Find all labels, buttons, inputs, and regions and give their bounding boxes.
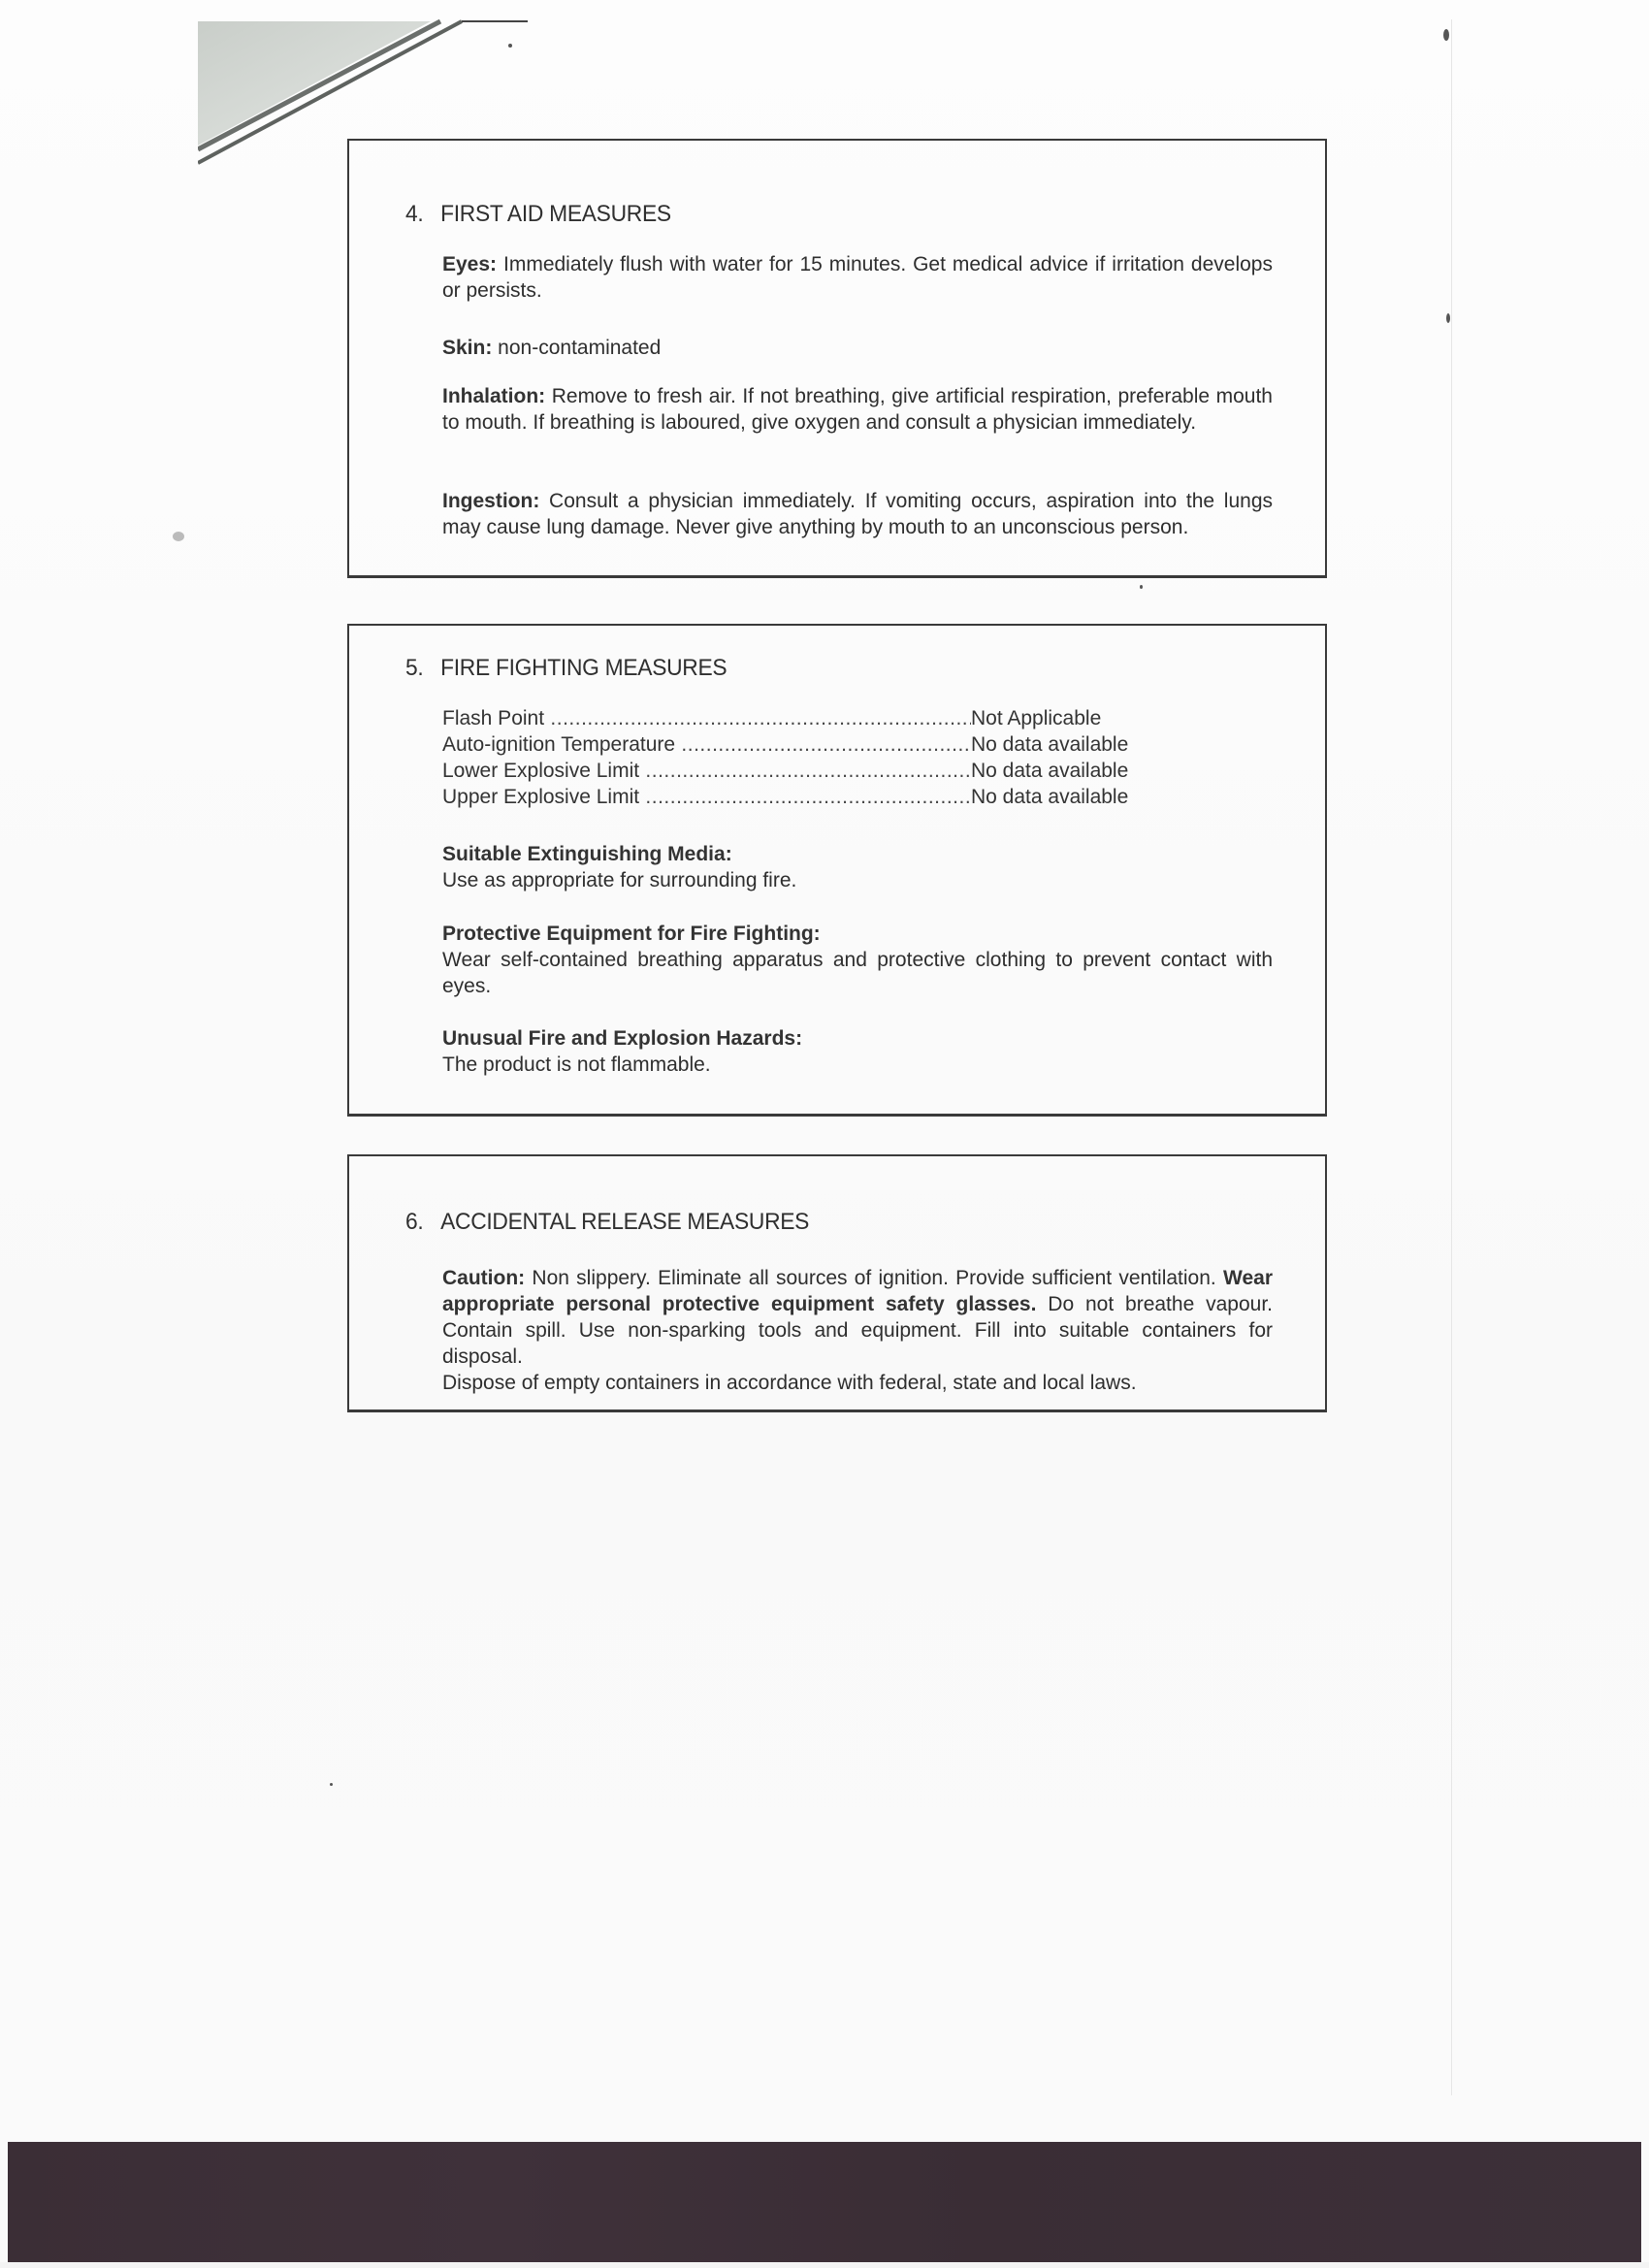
- scan-speck: [330, 1783, 333, 1786]
- inhalation-label: Inhalation:: [442, 385, 545, 407]
- section-number: 6.: [405, 1209, 440, 1236]
- property-row: Upper Explosive Limit No data available: [442, 784, 1160, 810]
- protective-equipment-text: Wear self-contained breathing apparatus …: [442, 949, 1273, 997]
- caution-paragraph: Caution: Non slippery. Eliminate all sou…: [442, 1265, 1273, 1396]
- property-value: Not Applicable: [971, 705, 1101, 731]
- property-row: Lower Explosive Limit No data available: [442, 758, 1160, 784]
- ingestion-label: Ingestion:: [442, 490, 539, 512]
- skin-text: non-contaminated: [492, 337, 661, 359]
- unusual-hazards: Unusual Fire and Explosion Hazards: The …: [442, 1025, 1273, 1078]
- inhalation-text: Remove to fresh air. If not breathing, g…: [442, 385, 1273, 434]
- eyes-label: Eyes:: [442, 253, 497, 275]
- property-name: Lower Explosive Limit: [442, 758, 971, 784]
- property-row: Auto-ignition Temperature No data availa…: [442, 731, 1160, 758]
- extinguishing-media-text: Use as appropriate for surrounding fire.: [442, 869, 796, 891]
- section-title: FIRE FIGHTING MEASURES: [440, 655, 727, 681]
- section-title: ACCIDENTAL RELEASE MEASURES: [440, 1209, 809, 1235]
- section-heading: 4.FIRST AID MEASURES: [405, 201, 671, 228]
- scan-speck: [508, 44, 512, 48]
- property-value: No data available: [971, 731, 1128, 758]
- section-title: FIRST AID MEASURES: [440, 201, 671, 227]
- property-name: Upper Explosive Limit: [442, 784, 971, 810]
- scanner-bottom-band: [8, 2142, 1641, 2262]
- scan-speck: [1140, 585, 1143, 589]
- section-heading: 5.FIRE FIGHTING MEASURES: [405, 655, 727, 682]
- extinguishing-media: Suitable Extinguishing Media: Use as app…: [442, 841, 1273, 893]
- fire-properties-list: Flash Point Not Applicable Auto-ignition…: [442, 705, 1160, 810]
- section-heading: 6.ACCIDENTAL RELEASE MEASURES: [405, 1209, 809, 1236]
- property-row: Flash Point Not Applicable: [442, 705, 1160, 731]
- section-number: 5.: [405, 655, 440, 682]
- scan-speck: [1446, 313, 1450, 323]
- property-value: No data available: [971, 784, 1128, 810]
- protective-equipment: Protective Equipment for Fire Fighting: …: [442, 921, 1273, 999]
- scan-speck: [173, 532, 184, 541]
- scan-speck: [1443, 29, 1449, 41]
- eyes-paragraph: Eyes: Immediately flush with water for 1…: [442, 251, 1273, 304]
- protective-equipment-label: Protective Equipment for Fire Fighting:: [442, 921, 1273, 947]
- section-first-aid: 4.FIRST AID MEASURES Eyes: Immediately f…: [347, 139, 1327, 578]
- disposal-text: Dispose of empty containers in accordanc…: [442, 1370, 1273, 1396]
- property-value: No data available: [971, 758, 1128, 784]
- caution-text-part1: Non slippery. Eliminate all sources of i…: [525, 1267, 1223, 1289]
- section-accidental-release: 6.ACCIDENTAL RELEASE MEASURES Caution: N…: [347, 1154, 1327, 1412]
- property-name: Auto-ignition Temperature: [442, 731, 971, 758]
- scanned-page: 4.FIRST AID MEASURES Eyes: Immediately f…: [0, 0, 1649, 2268]
- ingestion-paragraph: Ingestion: Consult a physician immediate…: [442, 488, 1273, 540]
- section-fire-fighting: 5.FIRE FIGHTING MEASURES Flash Point Not…: [347, 624, 1327, 1117]
- skin-label: Skin:: [442, 337, 492, 359]
- property-name: Flash Point: [442, 705, 971, 731]
- unusual-hazards-label: Unusual Fire and Explosion Hazards:: [442, 1025, 1273, 1052]
- unusual-hazards-text: The product is not flammable.: [442, 1053, 711, 1076]
- scanner-bottom-edge: [0, 2262, 1649, 2268]
- caution-label: Caution:: [442, 1267, 525, 1289]
- extinguishing-media-label: Suitable Extinguishing Media:: [442, 841, 1273, 867]
- eyes-text: Immediately flush with water for 15 minu…: [442, 253, 1273, 302]
- scan-edge-line: [1451, 19, 1452, 2095]
- inhalation-paragraph: Inhalation: Remove to fresh air. If not …: [442, 383, 1273, 436]
- section-number: 4.: [405, 201, 440, 228]
- skin-paragraph: Skin: non-contaminated: [442, 335, 1273, 361]
- ingestion-text: Consult a physician immediately. If vomi…: [442, 490, 1273, 538]
